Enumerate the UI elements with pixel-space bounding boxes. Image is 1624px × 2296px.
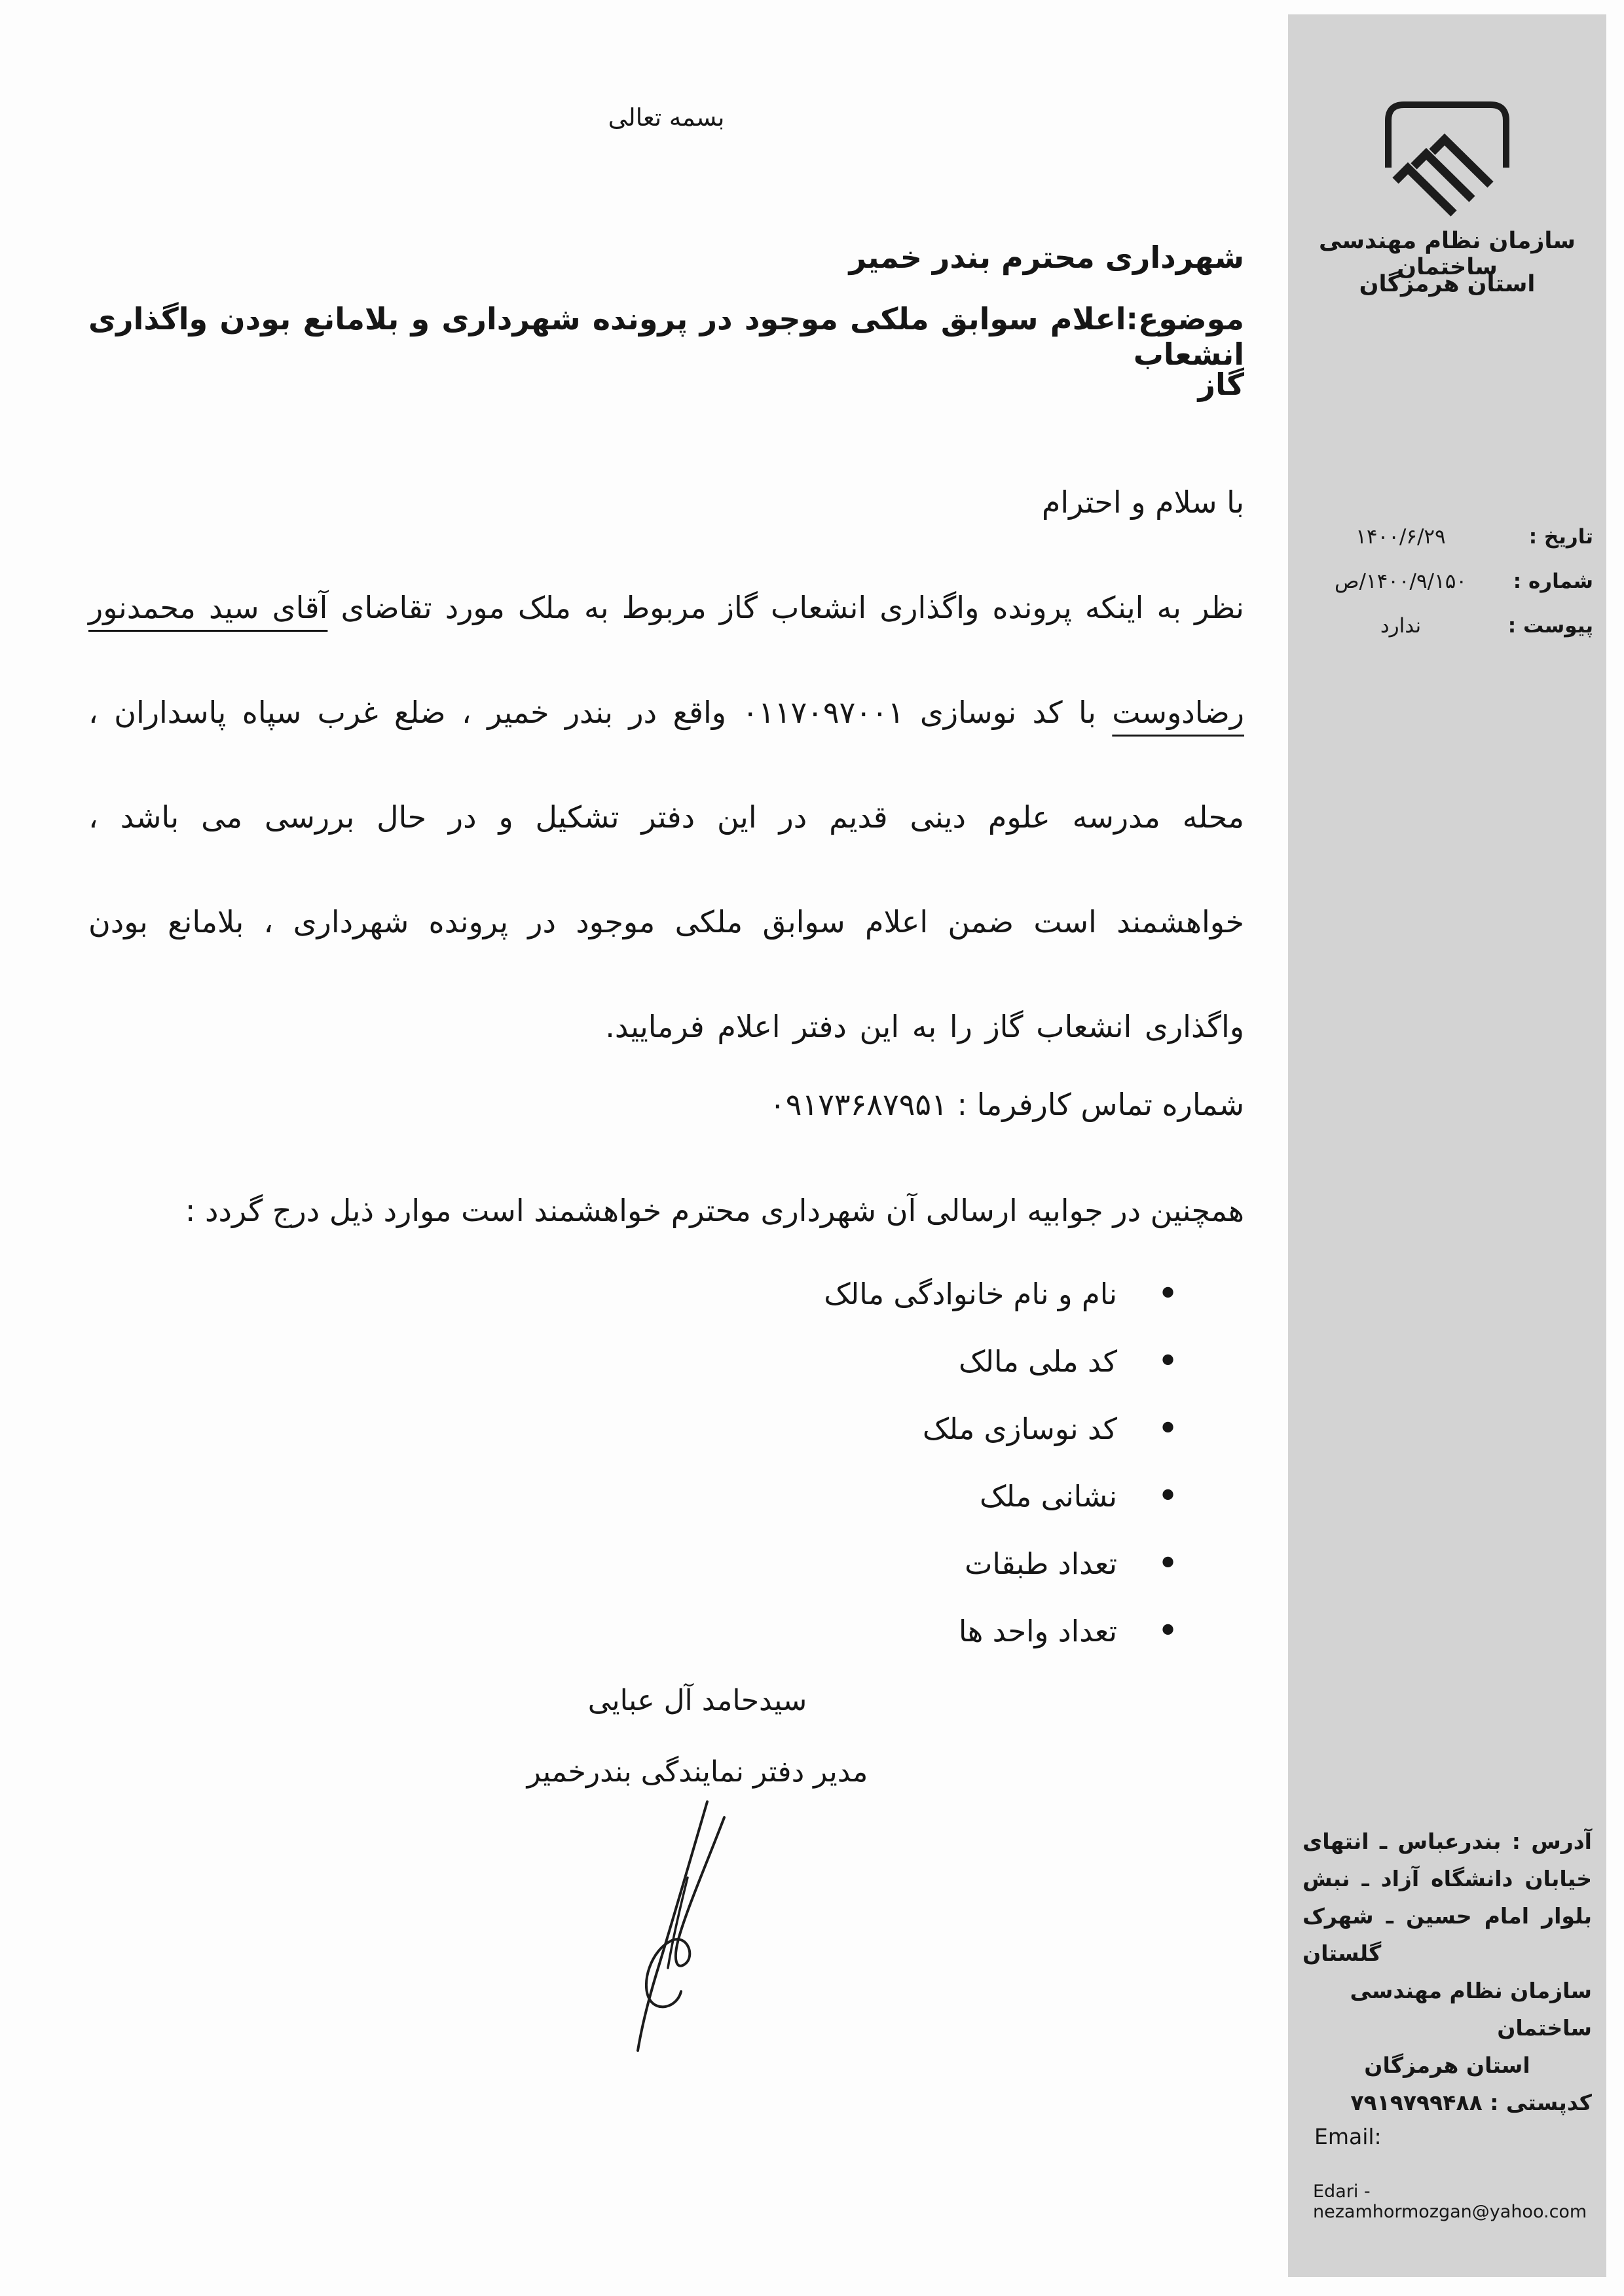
besmele-header: بسمه تعالی (88, 103, 1244, 132)
organization-province: استان هرمزگان (1288, 271, 1606, 297)
email-label: Email: (1314, 2124, 1382, 2149)
bullet-icon: • (1139, 1343, 1179, 1380)
body-text-before-name: نظر به اینکه پرونده واگذاری انشعاب گاز م… (327, 590, 1244, 625)
body-text-after-name: با کد نوسازی ۰۱۱۷۰۹۷۰۰۱ واقع در بندر خمی… (88, 695, 1244, 1044)
address-lines: آدرس : بندرعباس ـ انتهای خیابان دانشگاه … (1302, 1823, 1592, 1972)
list-item: • کد نوسازی ملک (88, 1395, 1179, 1463)
letter-main-column: بسمه تعالی شهرداری محترم بندر خمیر موضوع… (88, 0, 1244, 2296)
letter-page: بسمه تعالی شهرداری محترم بندر خمیر موضوع… (0, 0, 1624, 2296)
date-label: تاریخ : (1502, 525, 1593, 549)
bullet-icon: • (1139, 1276, 1179, 1313)
list-item: • نشانی ملک (88, 1463, 1179, 1530)
attachment-label: پیوست : (1502, 614, 1593, 638)
salutation-line: با سلام و احترام (88, 484, 1244, 520)
subject-line-1: موضوع:اعلام سوابق ملکی موجود در پرونده ش… (88, 301, 1244, 372)
address-org-line: سازمان نظام مهندسی ساختمان (1302, 1972, 1592, 2047)
list-item: • کد ملی مالک (88, 1328, 1179, 1395)
list-item-label: تعداد واحد ها (959, 1614, 1139, 1649)
signatory-name: سیدحامد آل عبایی (337, 1684, 1058, 1717)
organization-logo-icon (1385, 100, 1509, 221)
required-items-list: • نام و نام خانوادگی مالک • کد ملی مالک … (88, 1260, 1244, 1665)
list-item-label: نام و نام خانوادگی مالک (824, 1277, 1139, 1311)
letterhead-sidebar: سازمان نظام مهندسی ساختمان استان هرمزگان… (1288, 14, 1606, 2277)
recipient-line: شهرداری محترم بندر خمیر (88, 240, 1244, 275)
subject-line-2: گاز (88, 367, 1244, 402)
list-item-label: کد ملی مالک (959, 1344, 1139, 1379)
bullet-icon: • (1139, 1613, 1179, 1650)
letter-meta-fields: تاریخ : ۱۴۰۰/۶/۲۹ شماره : ۱۴۰۰/۹/۱۵۰/ص پ… (1300, 525, 1593, 659)
email-address: Edari - nezamhormozgan@yahoo.com (1313, 2181, 1597, 2222)
number-value: ۱۴۰۰/۹/۱۵۰/ص (1300, 570, 1502, 593)
postal-code-line: کدپستی : ۷۹۱۹۷۹۹۴۸۸ (1302, 2084, 1592, 2121)
bullet-icon: • (1139, 1478, 1179, 1515)
list-item: • نام و نام خانوادگی مالک (88, 1260, 1179, 1328)
employer-phone-line: شماره تماس کارفرما : ۰۹۱۷۳۶۸۷۹۵۱ (88, 1087, 1244, 1122)
attachment-value: ندارد (1300, 614, 1502, 638)
date-value: ۱۴۰۰/۶/۲۹ (1300, 525, 1502, 549)
handwritten-signature-icon (609, 1799, 753, 2053)
organization-address-block: آدرس : بندرعباس ـ انتهای خیابان دانشگاه … (1302, 1823, 1592, 2121)
signature-block: سیدحامد آل عبایی مدیر دفتر نمایندگی بندر… (337, 1684, 1058, 1789)
body-paragraph: نظر به اینکه پرونده واگذاری انشعاب گاز م… (88, 555, 1244, 1079)
bullet-icon: • (1139, 1546, 1179, 1582)
reply-request-line: همچنین در جوابیه ارسالی آن شهرداری محترم… (88, 1193, 1244, 1228)
number-row: شماره : ۱۴۰۰/۹/۱۵۰/ص (1300, 570, 1593, 593)
list-item-label: نشانی ملک (980, 1479, 1139, 1514)
list-item-label: کد نوسازی ملک (923, 1412, 1139, 1446)
list-item: • تعداد طبقات (88, 1530, 1179, 1597)
bullet-icon: • (1139, 1411, 1179, 1448)
number-label: شماره : (1502, 570, 1593, 593)
list-item: • تعداد واحد ها (88, 1597, 1179, 1665)
attachment-row: پیوست : ندارد (1300, 614, 1593, 638)
list-item-label: تعداد طبقات (965, 1546, 1139, 1581)
address-province-line: استان هرمزگان (1302, 2047, 1592, 2084)
date-row: تاریخ : ۱۴۰۰/۶/۲۹ (1300, 525, 1593, 549)
signatory-title: مدیر دفتر نمایندگی بندرخمیر (337, 1755, 1058, 1789)
